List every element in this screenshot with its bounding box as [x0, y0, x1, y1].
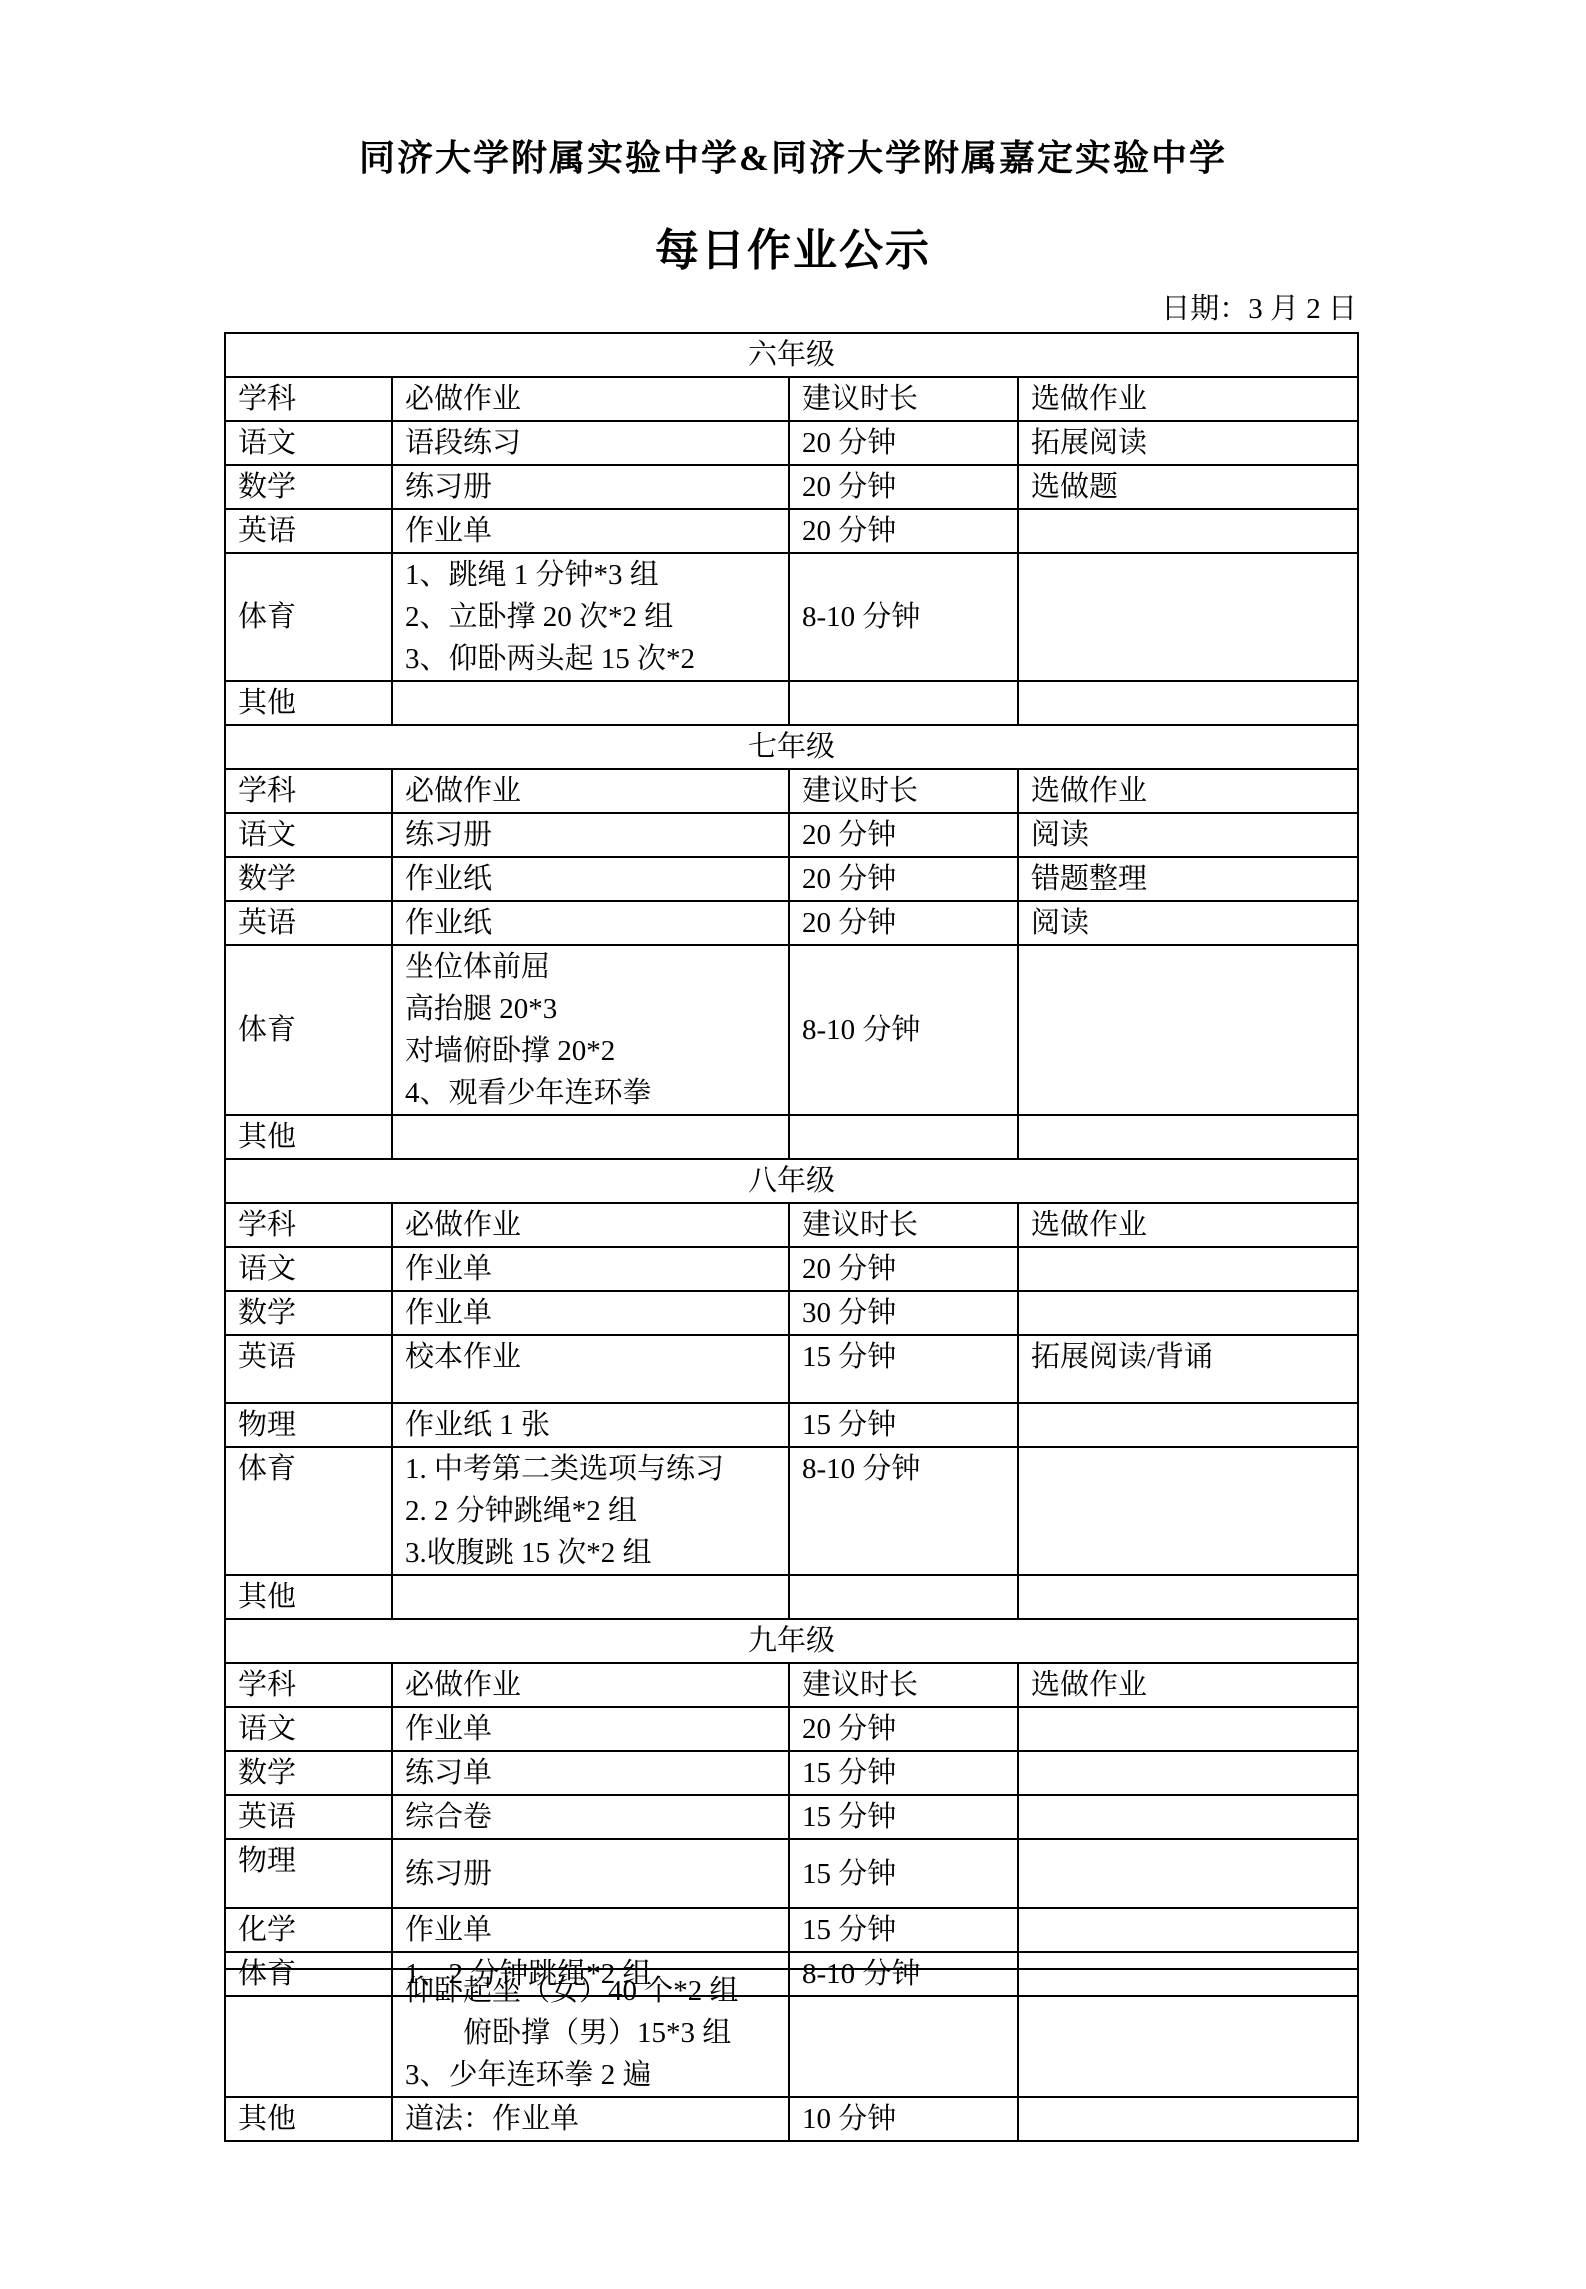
table-row: 语文语段练习20 分钟拓展阅读 — [225, 421, 1358, 465]
table-row: 数学练习单15 分钟 — [225, 1751, 1358, 1795]
required-homework-cell: 作业纸 — [392, 857, 789, 901]
duration-cell: 20 分钟 — [789, 421, 1018, 465]
required-homework-cell: 练习单 — [392, 1751, 789, 1795]
subject-cell: 数学 — [225, 1751, 392, 1795]
duration-cell: 15 分钟 — [789, 1751, 1018, 1795]
duration-cell: 15 分钟 — [789, 1403, 1018, 1447]
subject-cell: 其他 — [225, 1115, 392, 1159]
required-homework-cell: 作业纸 1 张 — [392, 1403, 789, 1447]
school-title: 同济大学附属实验中学&同济大学附属嘉定实验中学 — [0, 130, 1586, 181]
column-header: 建议时长 — [789, 377, 1018, 421]
subject-cell: 英语 — [225, 901, 392, 945]
required-homework-cell: 综合卷 — [392, 1795, 789, 1839]
subject-cell: 数学 — [225, 465, 392, 509]
duration-cell: 8-10 分钟 — [789, 553, 1018, 681]
subject-cell: 语文 — [225, 421, 392, 465]
column-header: 选做作业 — [1018, 769, 1358, 813]
table-row: 体育1. 中考第二类选项与练习 2. 2 分钟跳绳*2 组 3.收腹跳 15 次… — [225, 1447, 1358, 1575]
subject-cell: 体育 — [225, 1447, 392, 1575]
duration-cell: 30 分钟 — [789, 1291, 1018, 1335]
table-row: 数学作业单30 分钟 — [225, 1291, 1358, 1335]
duration-cell: 20 分钟 — [789, 813, 1018, 857]
duration-cell: 20 分钟 — [789, 509, 1018, 553]
subject-cell: 英语 — [225, 1335, 392, 1403]
optional-homework-cell: 选做题 — [1018, 465, 1358, 509]
duration-cell: 15 分钟 — [789, 1908, 1018, 1952]
duration-cell — [789, 1575, 1018, 1619]
subject-cell: 语文 — [225, 1707, 392, 1751]
optional-homework-cell — [1018, 1707, 1358, 1751]
optional-homework-cell — [1018, 1291, 1358, 1335]
duration-cell: 15 分钟 — [789, 1839, 1018, 1908]
grade-header-row: 八年级 — [225, 1159, 1358, 1203]
optional-homework-cell — [1018, 1115, 1358, 1159]
required-homework-cell: 练习册 — [392, 813, 789, 857]
subject-cell: 物理 — [225, 1403, 392, 1447]
duration-cell: 15 分钟 — [789, 1795, 1018, 1839]
duration-cell: 20 分钟 — [789, 1707, 1018, 1751]
required-homework-cell: 校本作业 — [392, 1335, 789, 1403]
column-header: 选做作业 — [1018, 1203, 1358, 1247]
subject-cell: 化学 — [225, 1908, 392, 1952]
column-header: 学科 — [225, 1663, 392, 1707]
duration-cell — [789, 681, 1018, 725]
duration-cell: 20 分钟 — [789, 465, 1018, 509]
grade-header-row: 七年级 — [225, 725, 1358, 769]
table-row: 体育1、跳绳 1 分钟*3 组 2、立卧撑 20 次*2 组 3、仰卧两头起 1… — [225, 553, 1358, 681]
optional-homework-cell: 阅读 — [1018, 813, 1358, 857]
duration-cell: 8-10 分钟 — [789, 1447, 1018, 1575]
subject-cell: 英语 — [225, 1795, 392, 1839]
duration-cell — [789, 1969, 1018, 2097]
column-header: 必做作业 — [392, 377, 789, 421]
table-row: 其他 — [225, 1115, 1358, 1159]
table-row: 语文作业单20 分钟 — [225, 1247, 1358, 1291]
duration-cell: 8-10 分钟 — [789, 945, 1018, 1115]
table-row: 数学作业纸20 分钟错题整理 — [225, 857, 1358, 901]
optional-homework-cell: 拓展阅读 — [1018, 421, 1358, 465]
optional-homework-cell — [1018, 1403, 1358, 1447]
optional-homework-cell — [1018, 1247, 1358, 1291]
optional-homework-cell: 错题整理 — [1018, 857, 1358, 901]
page-title: 每日作业公示 — [0, 214, 1586, 278]
subject-cell: 语文 — [225, 813, 392, 857]
required-homework-cell: 1. 中考第二类选项与练习 2. 2 分钟跳绳*2 组 3.收腹跳 15 次*2… — [392, 1447, 789, 1575]
grade-section-title: 九年级 — [225, 1619, 1358, 1663]
optional-homework-cell — [1018, 1795, 1358, 1839]
optional-homework-cell — [1018, 1575, 1358, 1619]
optional-homework-cell — [1018, 509, 1358, 553]
date-label: 日期：3 月 2 日 — [224, 286, 1357, 327]
required-homework-cell: 作业纸 — [392, 901, 789, 945]
optional-homework-cell: 拓展阅读/背诵 — [1018, 1335, 1358, 1403]
subject-cell — [225, 1969, 392, 2097]
subject-cell: 其他 — [225, 681, 392, 725]
required-homework-cell: 作业单 — [392, 1707, 789, 1751]
subject-cell: 物理 — [225, 1839, 392, 1908]
optional-homework-cell — [1018, 1839, 1358, 1908]
required-homework-cell: 作业单 — [392, 509, 789, 553]
column-header: 学科 — [225, 1203, 392, 1247]
subject-cell: 其他 — [225, 2097, 392, 2141]
required-homework-cell: 练习册 — [392, 465, 789, 509]
duration-cell: 10 分钟 — [789, 2097, 1018, 2141]
table-row: 其他道法：作业单10 分钟 — [225, 2097, 1358, 2141]
duration-cell: 20 分钟 — [789, 857, 1018, 901]
required-homework-cell — [392, 1575, 789, 1619]
optional-homework-cell — [1018, 681, 1358, 725]
column-header: 建议时长 — [789, 1663, 1018, 1707]
column-header: 建议时长 — [789, 1203, 1018, 1247]
optional-homework-cell: 阅读 — [1018, 901, 1358, 945]
table-row: 物理练习册15 分钟 — [225, 1839, 1358, 1908]
optional-homework-cell — [1018, 2097, 1358, 2141]
subject-cell: 数学 — [225, 1291, 392, 1335]
column-header-row: 学科必做作业建议时长选做作业 — [225, 769, 1358, 813]
table-row: 物理作业纸 1 张15 分钟 — [225, 1403, 1358, 1447]
duration-cell: 20 分钟 — [789, 901, 1018, 945]
optional-homework-cell — [1018, 945, 1358, 1115]
table-row: 英语综合卷15 分钟 — [225, 1795, 1358, 1839]
required-homework-cell: 练习册 — [392, 1839, 789, 1908]
document-page: 同济大学附属实验中学&同济大学附属嘉定实验中学 每日作业公示 日期：3 月 2 … — [0, 0, 1586, 2289]
optional-homework-cell — [1018, 1751, 1358, 1795]
grade-header-row: 六年级 — [225, 333, 1358, 377]
column-header: 必做作业 — [392, 769, 789, 813]
required-homework-cell: 作业单 — [392, 1247, 789, 1291]
table-row: 其他 — [225, 1575, 1358, 1619]
column-header: 必做作业 — [392, 1203, 789, 1247]
table-row: 语文作业单20 分钟 — [225, 1707, 1358, 1751]
column-header: 选做作业 — [1018, 1663, 1358, 1707]
column-header-row: 学科必做作业建议时长选做作业 — [225, 1663, 1358, 1707]
optional-homework-cell — [1018, 1969, 1358, 2097]
table-row: 英语校本作业15 分钟拓展阅读/背诵 — [225, 1335, 1358, 1403]
table-row: 体育坐位体前屈 高抬腿 20*3 对墙俯卧撑 20*2 4、观看少年连环拳8-1… — [225, 945, 1358, 1115]
column-header: 建议时长 — [789, 769, 1018, 813]
subject-cell: 英语 — [225, 509, 392, 553]
column-header-row: 学科必做作业建议时长选做作业 — [225, 377, 1358, 421]
required-homework-cell: 坐位体前屈 高抬腿 20*3 对墙俯卧撑 20*2 4、观看少年连环拳 — [392, 945, 789, 1115]
column-header: 选做作业 — [1018, 377, 1358, 421]
subject-cell: 语文 — [225, 1247, 392, 1291]
column-header: 学科 — [225, 769, 392, 813]
table-row: 仰卧起坐（女）40 个*2 组 俯卧撑（男）15*3 组 3、少年连环拳 2 遍 — [225, 1969, 1358, 2097]
required-homework-cell: 作业单 — [392, 1908, 789, 1952]
required-homework-cell: 仰卧起坐（女）40 个*2 组 俯卧撑（男）15*3 组 3、少年连环拳 2 遍 — [392, 1969, 789, 2097]
subject-cell: 数学 — [225, 857, 392, 901]
duration-cell — [789, 1115, 1018, 1159]
duration-cell: 20 分钟 — [789, 1247, 1018, 1291]
required-homework-cell: 1、跳绳 1 分钟*3 组 2、立卧撑 20 次*2 组 3、仰卧两头起 15 … — [392, 553, 789, 681]
grade-section-title: 六年级 — [225, 333, 1358, 377]
table-row: 数学练习册20 分钟选做题 — [225, 465, 1358, 509]
required-homework-cell — [392, 681, 789, 725]
duration-cell: 15 分钟 — [789, 1335, 1018, 1403]
table-row: 化学作业单15 分钟 — [225, 1908, 1358, 1952]
homework-table: 六年级学科必做作业建议时长选做作业语文语段练习20 分钟拓展阅读数学练习册20 … — [224, 332, 1359, 1997]
required-homework-cell: 作业单 — [392, 1291, 789, 1335]
optional-homework-cell — [1018, 1908, 1358, 1952]
subject-cell: 体育 — [225, 945, 392, 1115]
table-row: 英语作业单20 分钟 — [225, 509, 1358, 553]
required-homework-cell: 语段练习 — [392, 421, 789, 465]
subject-cell: 体育 — [225, 553, 392, 681]
column-header: 必做作业 — [392, 1663, 789, 1707]
grade-section-title: 七年级 — [225, 725, 1358, 769]
optional-homework-cell — [1018, 1447, 1358, 1575]
table-row: 其他 — [225, 681, 1358, 725]
optional-homework-cell — [1018, 553, 1358, 681]
grade-header-row: 九年级 — [225, 1619, 1358, 1663]
subject-cell: 其他 — [225, 1575, 392, 1619]
grade-section-title: 八年级 — [225, 1159, 1358, 1203]
homework-table-continuation: 仰卧起坐（女）40 个*2 组 俯卧撑（男）15*3 组 3、少年连环拳 2 遍… — [224, 1968, 1359, 2142]
required-homework-cell: 道法：作业单 — [392, 2097, 789, 2141]
required-homework-cell — [392, 1115, 789, 1159]
table-row: 语文练习册20 分钟阅读 — [225, 813, 1358, 857]
column-header-row: 学科必做作业建议时长选做作业 — [225, 1203, 1358, 1247]
column-header: 学科 — [225, 377, 392, 421]
table-row: 英语作业纸20 分钟阅读 — [225, 901, 1358, 945]
